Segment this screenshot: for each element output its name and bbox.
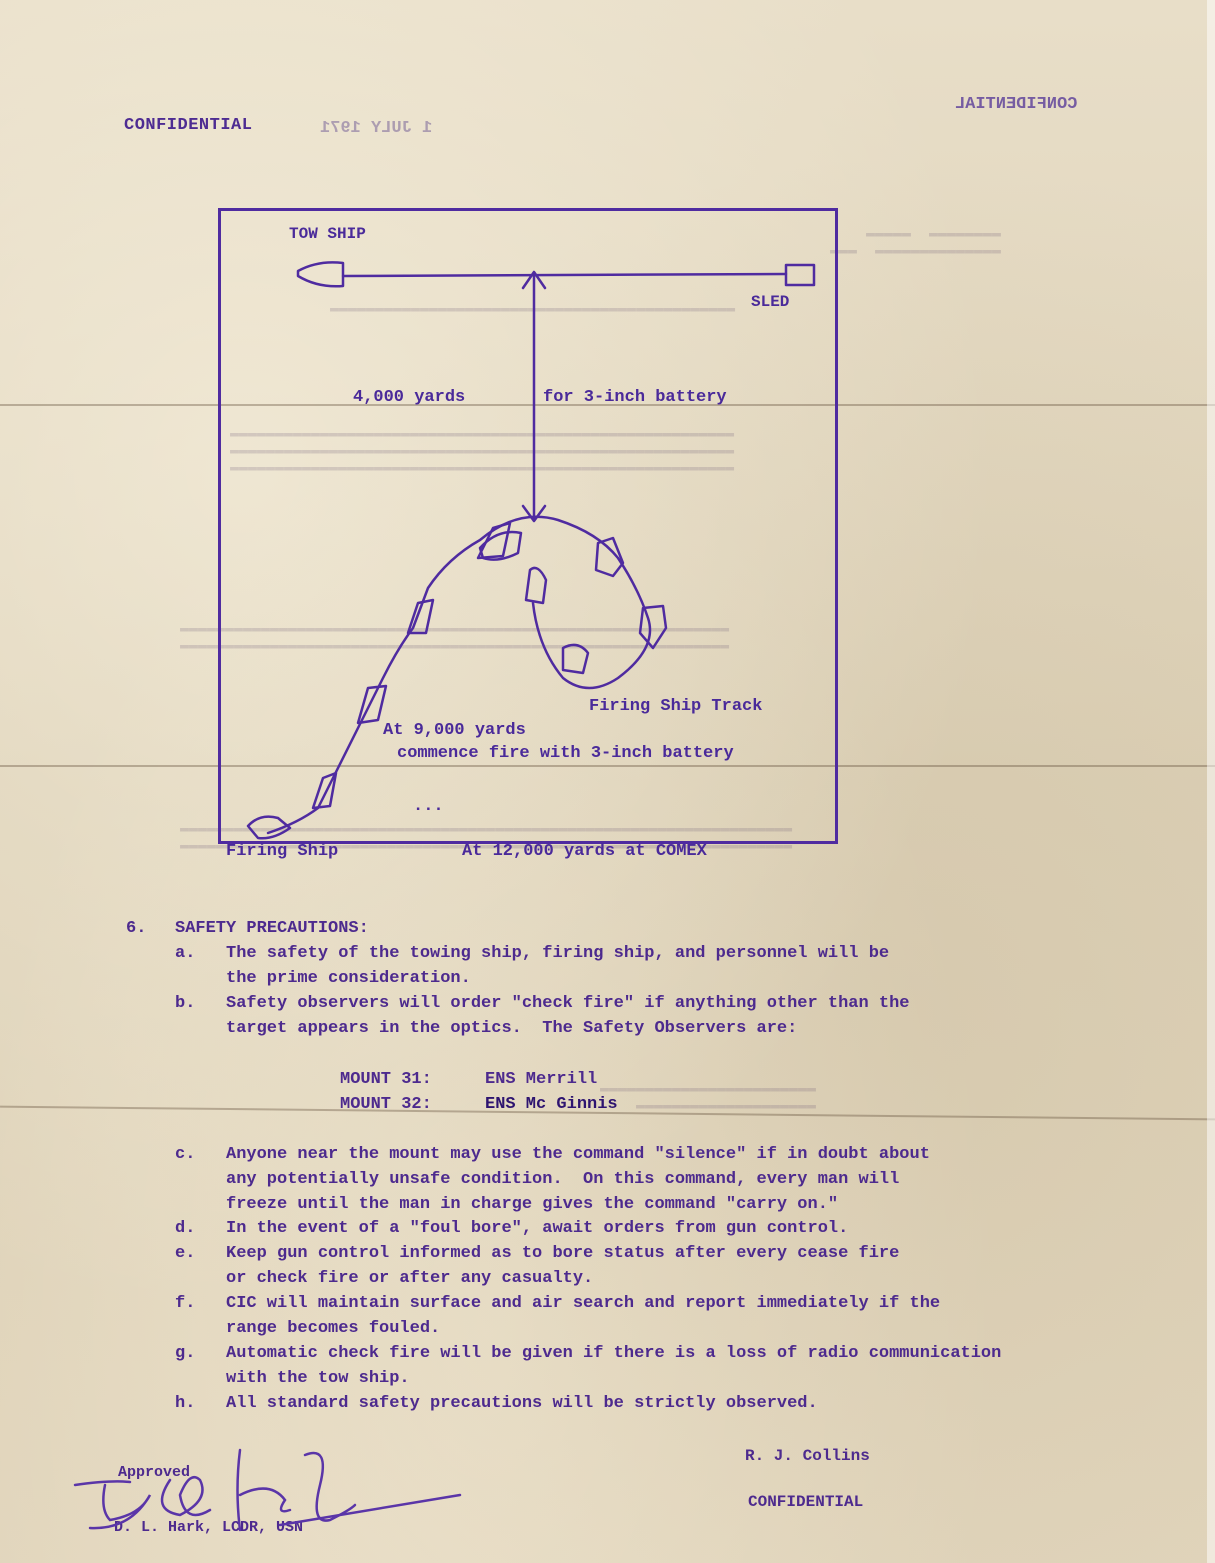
item-letter: g. <box>175 1341 195 1366</box>
item-text-line: with the tow ship. <box>226 1366 410 1391</box>
item-text-line: CIC will maintain surface and air search… <box>226 1291 940 1316</box>
tow-ship-icon <box>298 262 343 286</box>
commence-line-2: commence fire with 3-inch battery <box>397 744 734 763</box>
section-title: SAFETY PRECAUTIONS: <box>175 916 369 941</box>
sled-label: SLED <box>751 293 789 311</box>
item-text-line: Anyone near the mount may use the comman… <box>226 1142 930 1167</box>
section-number: 6. <box>126 916 146 941</box>
item-text-line: range becomes fouled. <box>226 1316 440 1341</box>
item-text-line: In the event of a "foul bore", await ord… <box>226 1216 848 1241</box>
item-text-line: target appears in the optics. The Safety… <box>226 1016 797 1041</box>
paper-edge <box>1207 0 1215 1563</box>
observer-mount-32: MOUNT 32: <box>340 1092 432 1117</box>
diagram-ellipsis: ... <box>413 797 444 816</box>
battery-label: for 3-inch battery <box>543 388 727 407</box>
observer-mount-31: MOUNT 31: <box>340 1067 432 1092</box>
item-text-line: Safety observers will order "check fire"… <box>226 991 910 1016</box>
bleed-through-texture: ▬▬▬▬▬▬▬▬ ▬▬▬▬▬ ▬▬▬▬▬▬▬▬▬▬▬▬▬▬ ▬▬▬ <box>830 225 1001 259</box>
item-letter: f. <box>175 1291 195 1316</box>
item-text-line: Keep gun control informed as to bore sta… <box>226 1241 899 1266</box>
item-text-line: or check fire or after any casualty. <box>226 1266 593 1291</box>
author-name: R. J. Collins <box>745 1444 870 1469</box>
handwritten-signature <box>70 1440 470 1550</box>
item-text-line: any potentially unsafe condition. On thi… <box>226 1167 899 1192</box>
firing-ship-label: Firing Ship <box>226 842 338 861</box>
item-letter: b. <box>175 991 195 1016</box>
footer-classification-stamp: CONFIDENTIAL <box>748 1490 863 1515</box>
firing-exercise-diagram: TOW SHIP SLED 4,000 yards for 3-inch bat… <box>218 208 838 844</box>
bleed-through-texture: ▬▬▬▬▬▬▬▬▬▬▬▬▬▬▬▬▬▬▬▬▬▬▬▬ ▬▬▬▬▬▬▬▬▬▬▬▬▬▬▬… <box>600 1080 816 1114</box>
comex-label: At 12,000 yards at COMEX <box>462 842 707 861</box>
commence-line-1: At 9,000 yards <box>383 721 526 740</box>
sled-icon <box>786 265 814 285</box>
item-letter: h. <box>175 1391 195 1416</box>
item-letter: c. <box>175 1142 195 1167</box>
item-letter: e. <box>175 1241 195 1266</box>
track-label: Firing Ship Track <box>589 697 762 716</box>
mirrored-date: 1 JULY 1971 <box>320 119 432 138</box>
item-text-line: The safety of the towing ship, firing sh… <box>226 941 889 966</box>
item-text-line: All standard safety precautions will be … <box>226 1391 818 1416</box>
item-text-line: Automatic check fire will be given if th… <box>226 1341 1001 1366</box>
distance-label: 4,000 yards <box>353 388 465 407</box>
mirrored-classification: CONFIDENTIAL <box>955 95 1077 114</box>
observer-name-32: ENS Mc Ginnis <box>485 1092 618 1117</box>
observer-name-31: ENS Merrill <box>485 1067 597 1092</box>
item-text-line: the prime consideration. <box>226 966 471 991</box>
item-text-line: freeze until the man in charge gives the… <box>226 1192 838 1217</box>
item-letter: d. <box>175 1216 195 1241</box>
tow-ship-label: TOW SHIP <box>289 225 366 243</box>
item-letter: a. <box>175 941 195 966</box>
classification-stamp: CONFIDENTIAL <box>124 116 252 135</box>
